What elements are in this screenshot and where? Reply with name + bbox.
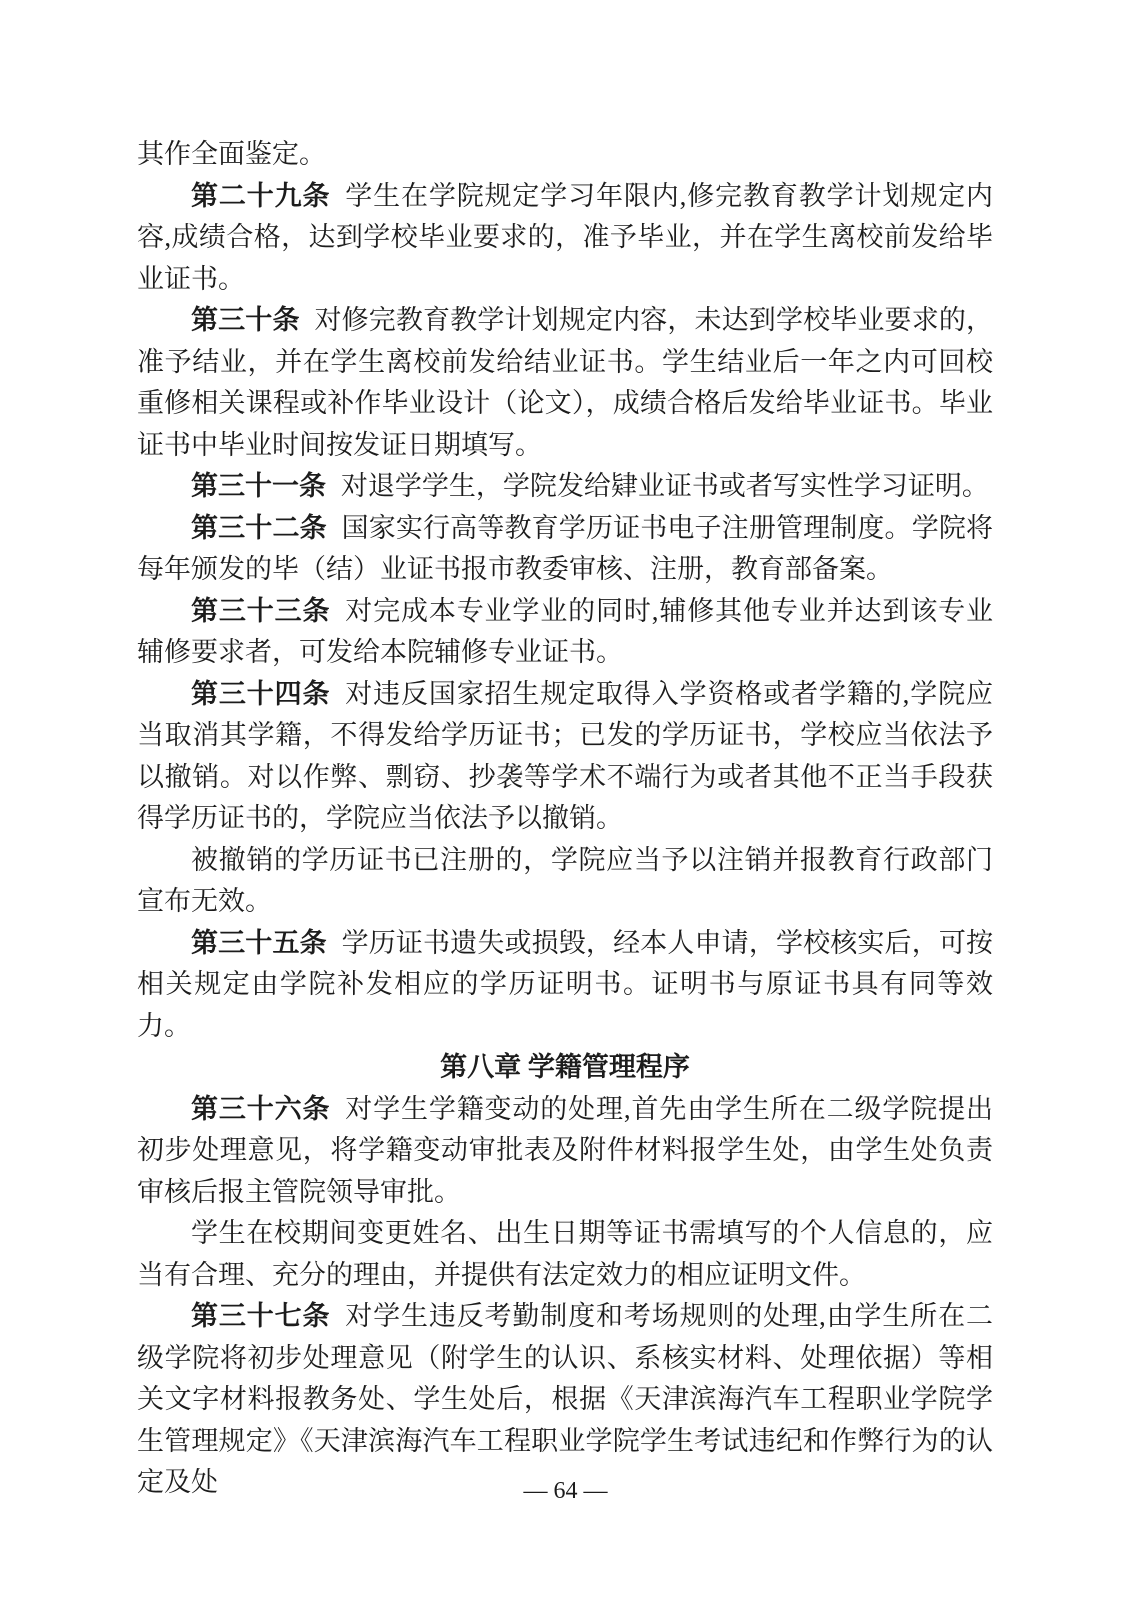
document-page: 其作全面鉴定。 第二十九条学生在学院规定学习年限内,修完教育教学计划规定内容,成… bbox=[0, 0, 1131, 1600]
article-33-paragraph: 第三十三条对完成本专业学业的同时,辅修其他专业并达到该专业辅修要求者，可发给本院… bbox=[137, 591, 993, 674]
article-31-paragraph: 第三十一条对退学学生，学院发给肄业证书或者写实性学习证明。 bbox=[137, 466, 993, 508]
paragraph-text: 被撤销的学历证书已注册的，学院应当予以注销并报教育行政部门宣布无效。 bbox=[137, 845, 993, 917]
article-36-subparagraph: 学生在校期间变更姓名、出生日期等证书需填写的个人信息的，应当有合理、充分的理由，… bbox=[137, 1213, 993, 1296]
paragraph-continuation: 其作全面鉴定。 bbox=[137, 134, 993, 176]
paragraph-text: 其作全面鉴定。 bbox=[137, 139, 326, 169]
paragraph-text: 学生在校期间变更姓名、出生日期等证书需填写的个人信息的，应当有合理、充分的理由，… bbox=[137, 1218, 993, 1290]
article-32-number: 第三十二条 bbox=[191, 513, 327, 543]
article-34-subparagraph: 被撤销的学历证书已注册的，学院应当予以注销并报教育行政部门宣布无效。 bbox=[137, 840, 993, 923]
article-30-paragraph: 第三十条对修完教育教学计划规定内容，未达到学校毕业要求的，准予结业，并在学生离校… bbox=[137, 300, 993, 466]
article-29-paragraph: 第二十九条学生在学院规定学习年限内,修完教育教学计划规定内容,成绩合格，达到学校… bbox=[137, 176, 993, 301]
article-31-number: 第三十一条 bbox=[191, 471, 326, 501]
article-30-number: 第三十条 bbox=[191, 305, 300, 335]
page-footer: — 64 — bbox=[0, 1476, 1131, 1506]
document-body: 其作全面鉴定。 第二十九条学生在学院规定学习年限内,修完教育教学计划规定内容,成… bbox=[137, 134, 993, 1504]
article-35-paragraph: 第三十五条学历证书遗失或损毁，经本人申请，学校核实后，可按相关规定由学院补发相应… bbox=[137, 923, 993, 1048]
article-36-number: 第三十六条 bbox=[191, 1094, 330, 1124]
page-number: — 64 — bbox=[524, 1478, 608, 1504]
chapter-8-heading: 第八章 学籍管理程序 bbox=[137, 1047, 993, 1089]
article-31-text: 对退学学生，学院发给肄业证书或者写实性学习证明。 bbox=[341, 471, 989, 501]
article-34-number: 第三十四条 bbox=[191, 679, 330, 709]
article-37-number: 第三十七条 bbox=[191, 1301, 330, 1331]
article-36-paragraph: 第三十六条对学生学籍变动的处理,首先由学生所在二级学院提出初步处理意见，将学籍变… bbox=[137, 1089, 993, 1214]
article-34-paragraph: 第三十四条对违反国家招生规定取得入学资格或者学籍的,学院应当取消其学籍，不得发给… bbox=[137, 674, 993, 840]
article-33-number: 第三十三条 bbox=[191, 596, 330, 626]
article-35-number: 第三十五条 bbox=[191, 928, 327, 958]
article-32-paragraph: 第三十二条国家实行高等教育学历证书电子注册管理制度。学院将每年颁发的毕（结）业证… bbox=[137, 508, 993, 591]
article-29-number: 第二十九条 bbox=[191, 181, 330, 211]
article-37-paragraph: 第三十七条对学生违反考勤制度和考场规则的处理,由学生所在二级学院将初步处理意见（… bbox=[137, 1296, 993, 1504]
